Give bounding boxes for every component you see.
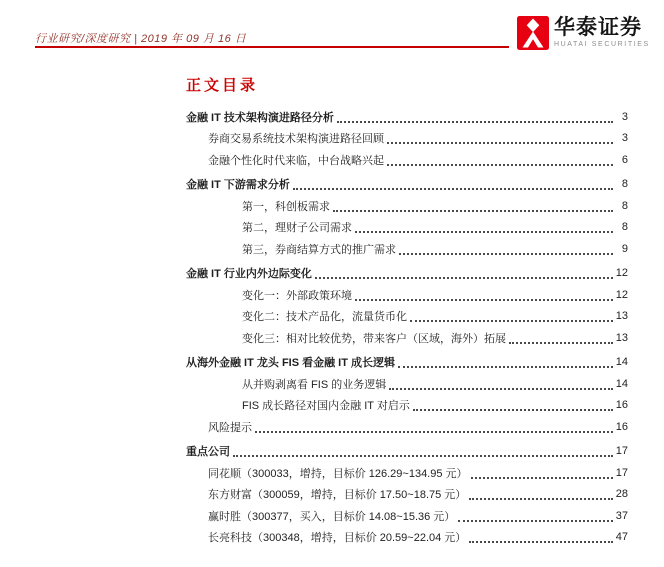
- toc-leader-dots: [398, 366, 613, 368]
- toc-leader-dots: [399, 253, 613, 255]
- toc-entry[interactable]: FIS 成长路径对国内金融 IT 对启示16: [186, 395, 628, 417]
- toc-entry-label: 重点公司: [186, 443, 230, 459]
- toc-entry-label: 金融 IT 下游需求分析: [186, 176, 290, 192]
- toc-entry-label: 赢时胜（300377，买入，目标价 14.08~15.36 元）: [208, 508, 455, 524]
- toc-entry-label: 同花顺（300033，增持，目标价 126.29~134.95 元）: [208, 465, 468, 481]
- toc-entry-label: 变化一：外部政策环境: [242, 287, 352, 303]
- brand-subtitle: HUATAI SECURITIES: [554, 41, 650, 48]
- toc-entry-page: 12: [616, 267, 628, 279]
- toc-entry-label: 风险提示: [208, 419, 252, 435]
- toc-entry-page: 12: [616, 289, 628, 301]
- toc-entry[interactable]: 变化二：技术产品化，流量货币化13: [186, 306, 628, 328]
- toc-entry-label: 金融 IT 行业内外边际变化: [186, 265, 312, 281]
- toc-entry-page: 14: [616, 356, 628, 368]
- toc-leader-dots: [387, 142, 613, 144]
- toc-leader-dots: [387, 164, 613, 166]
- toc-entry-page: 37: [616, 510, 628, 522]
- toc-entry[interactable]: 金融个性化时代来临，中台战略兴起6: [186, 149, 628, 171]
- toc-entry[interactable]: 券商交易系统技术架构演进路径回顾3: [186, 128, 628, 150]
- toc-leader-dots: [315, 277, 613, 279]
- toc-entry-page: 8: [616, 178, 628, 190]
- toc-entry-label: 变化三：相对比较优势，带来客户（区域，海外）拓展: [242, 330, 506, 346]
- toc-entry-label: 从海外金融 IT 龙头 FIS 看金融 IT 成长逻辑: [186, 354, 395, 370]
- toc-entry-label: 金融个性化时代来临，中台战略兴起: [208, 152, 384, 168]
- toc-leader-dots: [333, 210, 613, 212]
- toc-entry-label: 第一，科创板需求: [242, 198, 330, 214]
- toc-entry-label: 第二，理财子公司需求: [242, 219, 352, 235]
- toc-leader-dots: [469, 541, 612, 543]
- toc-entry[interactable]: 长亮科技（300348，增持，目标价 20.59~22.04 元）47: [186, 527, 628, 549]
- toc-entry[interactable]: 第二，理财子公司需求8: [186, 217, 628, 239]
- toc-leader-dots: [255, 431, 613, 433]
- toc-entry-page: 16: [616, 421, 628, 433]
- toc-entry-label: 变化二：技术产品化，流量货币化: [242, 308, 407, 324]
- toc-entry-page: 13: [616, 332, 628, 344]
- brand-name: 华泰证券: [554, 16, 650, 40]
- toc-leader-dots: [355, 299, 613, 301]
- toc-entry-page: 9: [616, 243, 628, 255]
- toc-entry-page: 8: [616, 221, 628, 233]
- toc-list: 金融 IT 技术架构演进路径分析3券商交易系统技术架构演进路径回顾3金融个性化时…: [186, 106, 628, 548]
- toc-entry-label: 长亮科技（300348，增持，目标价 20.59~22.04 元）: [208, 529, 466, 545]
- toc-entry[interactable]: 赢时胜（300377，买入，目标价 14.08~15.36 元）37: [186, 505, 628, 527]
- toc-entry[interactable]: 变化三：相对比较优势，带来客户（区域，海外）拓展13: [186, 327, 628, 349]
- toc-entry-page: 3: [616, 111, 628, 123]
- report-page: 行业研究/深度研究 | 2019 年 09 月 16 日 华泰证券 HUATAI…: [0, 0, 664, 567]
- toc-entry[interactable]: 第三，券商结算方式的推广需求9: [186, 238, 628, 260]
- toc-entry-page: 14: [616, 378, 628, 390]
- toc-leader-dots: [469, 498, 612, 500]
- toc-entry-label: 金融 IT 技术架构演进路径分析: [186, 109, 334, 125]
- toc-leader-dots: [410, 320, 613, 322]
- toc-entry-label: 东方财富（300059，增持，目标价 17.50~18.75 元）: [208, 486, 466, 502]
- toc-entry-label: 从并购剥离看 FIS 的业务逻辑: [242, 376, 386, 392]
- toc-entry[interactable]: 风险提示16: [186, 416, 628, 438]
- toc-entry-label: FIS 成长路径对国内金融 IT 对启示: [242, 397, 410, 413]
- toc-entry[interactable]: 金融 IT 技术架构演进路径分析3: [186, 106, 628, 128]
- toc-entry-page: 8: [616, 200, 628, 212]
- toc-entry-page: 16: [616, 399, 628, 411]
- report-category-date: 行业研究/深度研究 | 2019 年 09 月 16 日: [35, 30, 246, 46]
- brand-text: 华泰证券 HUATAI SECURITIES: [554, 16, 650, 48]
- toc-entry[interactable]: 第一，科创板需求8: [186, 195, 628, 217]
- toc-entry[interactable]: 金融 IT 下游需求分析8: [186, 174, 628, 196]
- toc-entry-page: 17: [616, 445, 628, 457]
- toc-entry[interactable]: 从并购剥离看 FIS 的业务逻辑14: [186, 373, 628, 395]
- toc-leader-dots: [471, 477, 613, 479]
- toc-leader-dots: [355, 231, 613, 233]
- toc-entry-page: 6: [616, 154, 628, 166]
- toc-leader-dots: [509, 342, 613, 344]
- toc-leader-dots: [389, 388, 613, 390]
- toc-entry-page: 17: [616, 467, 628, 479]
- toc-entry[interactable]: 从海外金融 IT 龙头 FIS 看金融 IT 成长逻辑14: [186, 352, 628, 374]
- toc-entry[interactable]: 重点公司17: [186, 441, 628, 463]
- toc-leader-dots: [337, 121, 613, 123]
- toc-entry[interactable]: 东方财富（300059，增持，目标价 17.50~18.75 元）28: [186, 484, 628, 506]
- toc-leader-dots: [233, 455, 613, 457]
- toc-entry-page: 3: [616, 132, 628, 144]
- toc-entry-label: 券商交易系统技术架构演进路径回顾: [208, 130, 384, 146]
- toc-title: 正文目录: [186, 74, 258, 95]
- toc-leader-dots: [293, 188, 613, 190]
- toc-entry-page: 28: [616, 488, 628, 500]
- header-divider: [35, 46, 509, 48]
- toc-entry-page: 47: [616, 531, 628, 543]
- toc-leader-dots: [413, 409, 613, 411]
- toc-entry-page: 13: [616, 310, 628, 322]
- toc-entry[interactable]: 变化一：外部政策环境12: [186, 284, 628, 306]
- brand-logo: 华泰证券 HUATAI SECURITIES: [517, 16, 650, 50]
- toc-entry[interactable]: 同花顺（300033，增持，目标价 126.29~134.95 元）17: [186, 462, 628, 484]
- toc-entry[interactable]: 金融 IT 行业内外边际变化12: [186, 263, 628, 285]
- toc-entry-label: 第三，券商结算方式的推广需求: [242, 241, 396, 257]
- huatai-logo-icon: [517, 16, 549, 50]
- toc-leader-dots: [458, 520, 612, 522]
